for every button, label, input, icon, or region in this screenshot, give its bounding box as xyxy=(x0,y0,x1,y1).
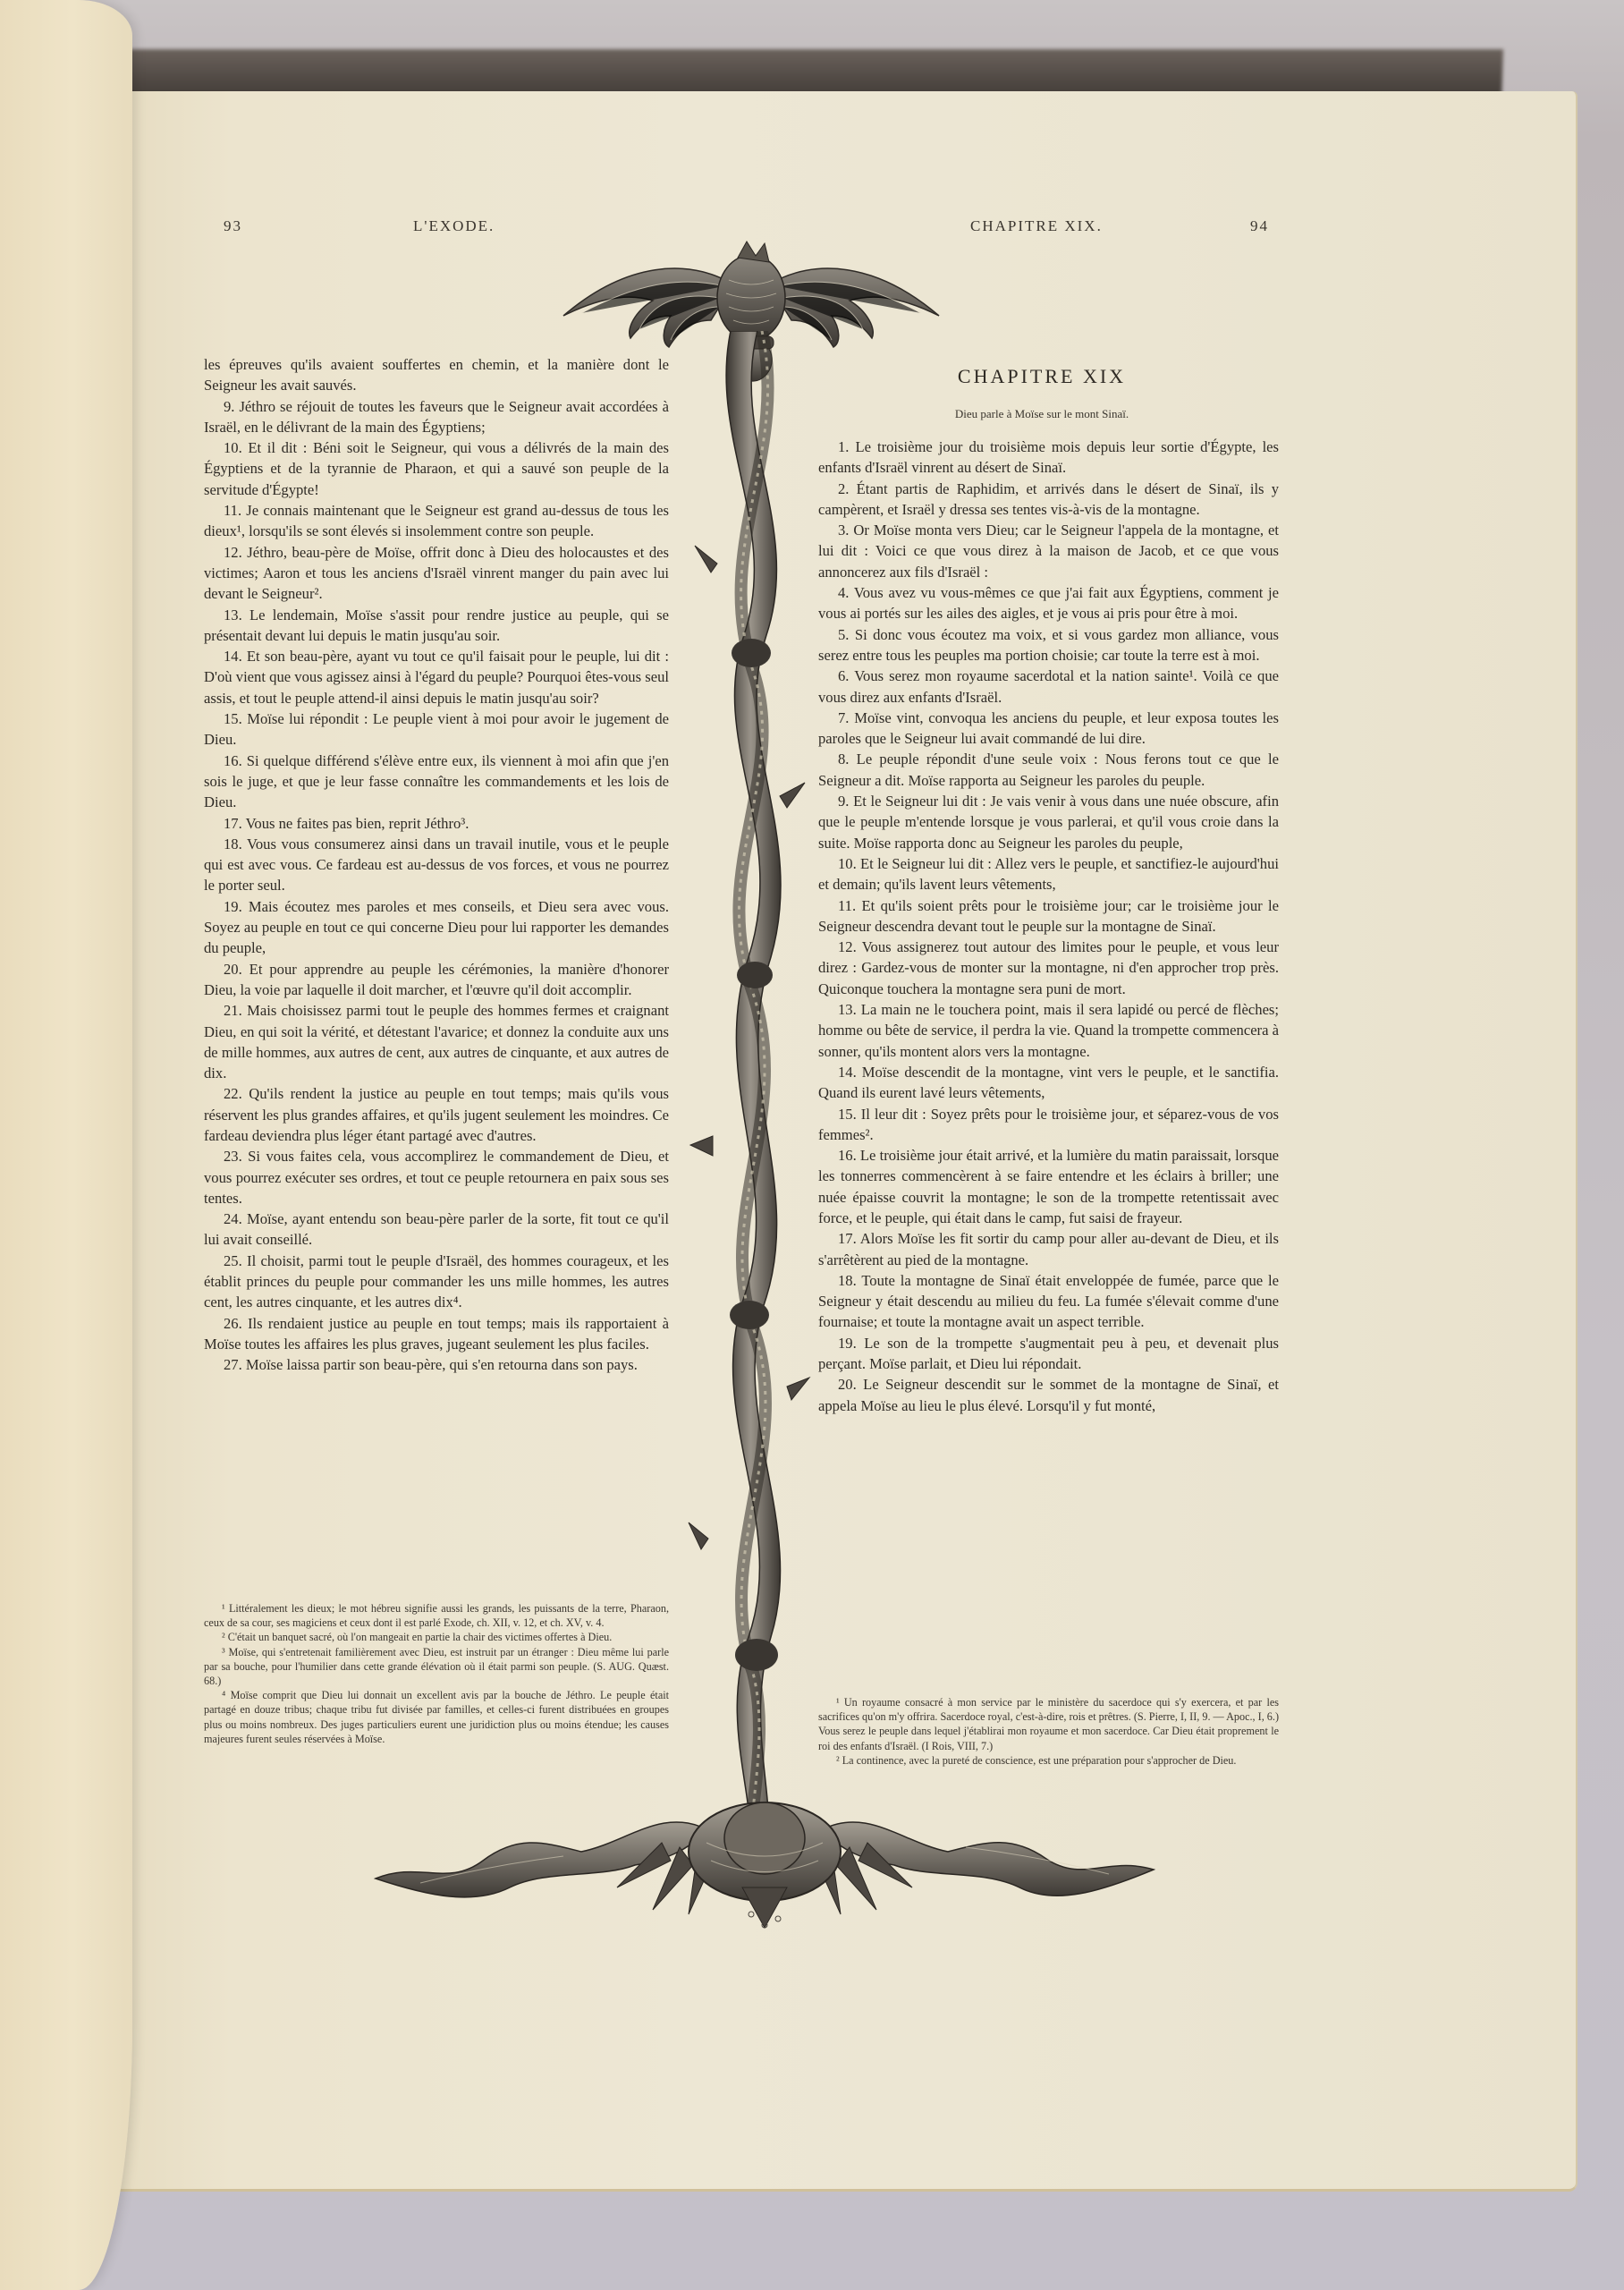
verse-paragraph: 13. La main ne le touchera point, mais i… xyxy=(818,999,1279,1062)
verse-paragraph: 8. Le peuple répondit d'une seule voix :… xyxy=(818,749,1279,791)
verse-paragraph: 10. Et il dit : Béni soit le Seigneur, q… xyxy=(204,437,669,500)
verse-paragraph: 27. Moïse laissa partir son beau-père, q… xyxy=(204,1354,669,1375)
verse-paragraph: 15. Moïse lui répondit : Le peuple vient… xyxy=(204,708,669,751)
verse-paragraph: 11. Je connais maintenant que le Seigneu… xyxy=(204,500,669,542)
verse-paragraph: 14. Et son beau-père, ayant vu tout ce q… xyxy=(204,646,669,708)
verse-paragraph: 18. Toute la montagne de Sinaï était env… xyxy=(818,1270,1279,1333)
footnote: ¹ Littéralement les dieux; le mot hébreu… xyxy=(204,1601,669,1630)
verse-paragraph: 16. Le troisième jour était arrivé, et l… xyxy=(818,1145,1279,1228)
verse-paragraph: 15. Il leur dit : Soyez prêts pour le tr… xyxy=(818,1104,1279,1146)
verse-paragraph: 9. Jéthro se réjouit de toutes les faveu… xyxy=(204,396,669,438)
verse-paragraph: 20. Et pour apprendre au peuple les céré… xyxy=(204,959,669,1001)
right-running-head: CHAPITRE XIX. xyxy=(970,217,1103,235)
verse-paragraph: 19. Mais écoutez mes paroles et mes cons… xyxy=(204,896,669,959)
verse-paragraph: 17. Alors Moïse les fit sortir du camp p… xyxy=(818,1228,1279,1270)
verse-paragraph: 19. Le son de la trompette s'augmentait … xyxy=(818,1333,1279,1375)
verse-paragraph: 12. Jéthro, beau-père de Moïse, offrit d… xyxy=(204,542,669,605)
dragon-column-icon xyxy=(681,331,816,1870)
verse-paragraph: 9. Et le Seigneur lui dit : Je vais veni… xyxy=(818,791,1279,853)
verse-paragraph: 3. Or Moïse monta vers Dieu; car le Seig… xyxy=(818,520,1279,582)
verse-paragraph: 17. Vous ne faites pas bien, reprit Jéth… xyxy=(204,813,669,834)
verse-paragraph: 21. Mais choisissez parmi tout le peuple… xyxy=(204,1000,669,1083)
verse-paragraph: 25. Il choisit, parmi tout le peuple d'I… xyxy=(204,1251,669,1313)
chapter-title: CHAPITRE XIX xyxy=(926,365,1158,388)
verse-paragraph: 10. Et le Seigneur lui dit : Allez vers … xyxy=(818,853,1279,895)
verse-paragraph: 4. Vous avez vu vous-mêmes ce que j'ai f… xyxy=(818,582,1279,624)
right-page-number: 94 xyxy=(1250,217,1269,235)
left-running-head: L'EXODE. xyxy=(413,217,495,235)
verse-paragraph: 14. Moïse descendit de la montagne, vint… xyxy=(818,1062,1279,1104)
verse-paragraph: 2. Étant partis de Raphidim, et arrivés … xyxy=(818,479,1279,521)
footnote: ¹ Un royaume consacré à mon service par … xyxy=(818,1695,1279,1753)
left-page-footnotes: ¹ Littéralement les dieux; le mot hébreu… xyxy=(204,1601,669,1746)
verse-paragraph: 18. Vous vous consumerez ainsi dans un t… xyxy=(204,834,669,896)
verse-paragraph: 11. Et qu'ils soient prêts pour le trois… xyxy=(818,895,1279,937)
footnote: ² C'était un banquet sacré, où l'on mang… xyxy=(204,1630,669,1644)
verse-paragraph: 13. Le lendemain, Moïse s'assit pour ren… xyxy=(204,605,669,647)
verse-paragraph: 6. Vous serez mon royaume sacerdotal et … xyxy=(818,666,1279,708)
chapter-summary: Dieu parle à Moïse sur le mont Sinaï. xyxy=(899,407,1185,421)
verse-paragraph: 16. Si quelque différend s'élève entre e… xyxy=(204,751,669,813)
turned-page-edge xyxy=(0,0,132,2290)
left-page-body: les épreuves qu'ils avaient souffertes e… xyxy=(204,354,669,1376)
verse-paragraph: 7. Moïse vint, convoqua les anciens du p… xyxy=(818,708,1279,750)
verse-paragraph: 26. Ils rendaient justice au peuple en t… xyxy=(204,1313,669,1355)
winged-serpents-icon xyxy=(367,1753,1163,1932)
verse-paragraph: les épreuves qu'ils avaient souffertes e… xyxy=(204,354,669,396)
footnote: ⁴ Moïse comprit que Dieu lui donnait un … xyxy=(204,1688,669,1746)
footnote: ² La continence, avec la pureté de consc… xyxy=(818,1753,1279,1768)
right-page-body: 1. Le troisième jour du troisième mois d… xyxy=(818,437,1279,1416)
left-page-number: 93 xyxy=(224,217,242,235)
verse-paragraph: 12. Vous assignerez tout autour des limi… xyxy=(818,937,1279,999)
verse-paragraph: 23. Si vous faites cela, vous accomplire… xyxy=(204,1146,669,1209)
right-page-footnotes: ¹ Un royaume consacré à mon service par … xyxy=(818,1695,1279,1768)
verse-paragraph: 22. Qu'ils rendent la justice au peuple … xyxy=(204,1083,669,1146)
verse-paragraph: 20. Le Seigneur descendit sur le sommet … xyxy=(818,1374,1279,1416)
footnote: ³ Moïse, qui s'entretenait familièrement… xyxy=(204,1645,669,1689)
verse-paragraph: 1. Le troisième jour du troisième mois d… xyxy=(818,437,1279,479)
verse-paragraph: 24. Moïse, ayant entendu son beau-père p… xyxy=(204,1209,669,1251)
verse-paragraph: 5. Si donc vous écoutez ma voix, et si v… xyxy=(818,624,1279,666)
